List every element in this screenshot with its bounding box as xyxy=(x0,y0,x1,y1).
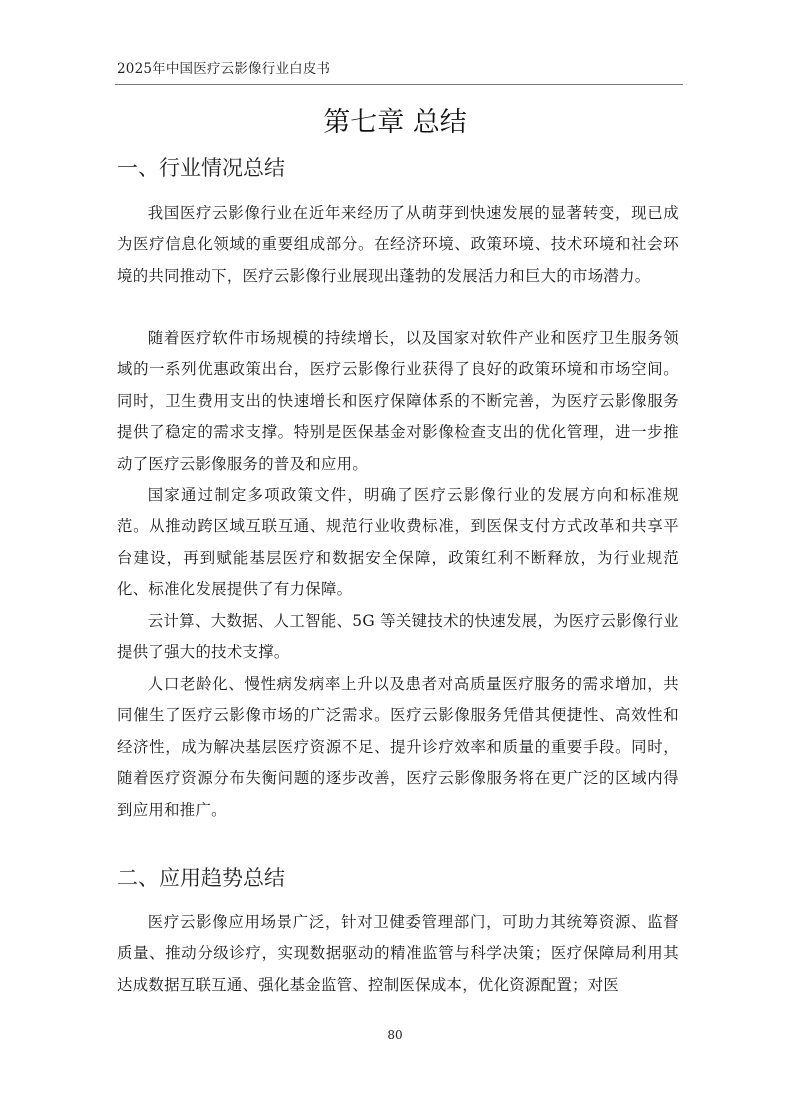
paragraph: 医疗云影像应用场景广泛，针对卫健委管理部门，可助力其统筹资源、监督质量、推动分级… xyxy=(117,907,679,1001)
paragraph: 人口老龄化、慢性病发病率上升以及患者对高质量医疗服务的需求增加，共同催生了医疗云… xyxy=(117,669,679,826)
paragraph: 随着医疗软件市场规模的持续增长，以及国家对软件产业和医疗卫生服务领域的一系列优惠… xyxy=(117,323,679,480)
page-number: 80 xyxy=(0,1028,790,1042)
chapter-title: 第七章 总结 xyxy=(0,100,790,139)
section-heading-application-trends: 二、应用趋势总结 xyxy=(117,862,285,892)
header-divider xyxy=(115,84,683,85)
section-heading-industry-summary: 一、行业情况总结 xyxy=(117,152,285,182)
running-header-title: 2025年中国医疗云影像行业白皮书 xyxy=(117,57,330,77)
paragraph: 国家通过制定多项政策文件，明确了医疗云影像行业的发展方向和标准规范。从推动跨区域… xyxy=(117,480,679,606)
paragraph: 云计算、大数据、人工智能、5G 等关键技术的快速发展，为医疗云影像行业提供了强大… xyxy=(117,606,679,669)
paragraph: 我国医疗云影像行业在近年来经历了从萌芽到快速发展的显著转变，现已成为医疗信息化领… xyxy=(117,198,679,292)
